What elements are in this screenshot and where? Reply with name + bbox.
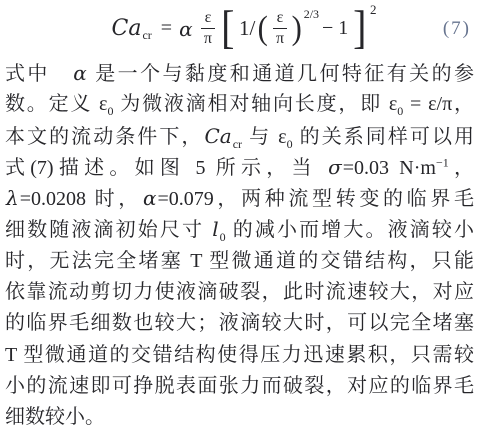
text-line: λ=0.0208 时，α=0.079，两种流型转变的临界毛 xyxy=(5,183,474,214)
open-bracket: [ xyxy=(221,5,234,52)
open-paren: ( xyxy=(258,12,268,46)
fraction-epsilon-pi-2: ε π xyxy=(273,9,288,49)
close-bracket: ] xyxy=(353,5,366,52)
text-line: 依靠流动剪切力使液滴破裂，此时流速较大，对应 xyxy=(5,277,474,308)
text-line: 本文的流动条件下，Cacr 与 ε0 的关系同样可以用 xyxy=(5,121,474,152)
text-line: 式(7)描述。如图 5 所示，当 σ=0.03 N·m−1， xyxy=(5,152,474,183)
body-paragraph: 式中 α 是一个与黏度和通道几何特征有关的参数。定义 ε0 为微液滴相对轴向长度… xyxy=(0,57,488,433)
alpha-coefficient: α xyxy=(179,17,193,41)
text-line: 小的流速即可挣脱表面张力而破裂，对应的临界毛 xyxy=(5,371,474,402)
paper-page: Ca cr = α ε π [ 1/ ( ε π ) 2/3 − 1 ] 2 (… xyxy=(0,0,488,433)
fraction-denominator: π xyxy=(276,29,284,48)
inverse-term: 1/ xyxy=(239,16,255,41)
equation-number: (7) xyxy=(443,18,471,40)
equals-sign: = xyxy=(161,17,172,40)
critical-subscript: cr xyxy=(142,28,151,43)
text-line: 细数较小。 xyxy=(5,402,474,433)
text-line: 细数随液滴初始尺寸 l0 的减小而增大。液滴较小 xyxy=(5,214,474,245)
equation-row: Ca cr = α ε π [ 1/ ( ε π ) 2/3 − 1 ] 2 (… xyxy=(0,0,488,57)
text-line: 时，无法完全堵塞 T 型微通道的交错结构，只能 xyxy=(5,246,474,277)
text-line: T 型微通道的交错结构使得压力迅速累积，只需较 xyxy=(5,340,474,371)
close-paren: ) xyxy=(292,12,302,46)
fraction-numerator: ε xyxy=(273,9,288,29)
text-line: 的临界毛细数也较大；液滴较大时，可以完全堵塞 xyxy=(5,308,474,339)
fraction-denominator: π xyxy=(204,29,212,48)
minus-one-term: − 1 xyxy=(322,17,348,40)
fraction-numerator: ε xyxy=(201,9,216,29)
two-thirds-exponent: 2/3 xyxy=(304,7,319,22)
equation-7: Ca cr = α ε π [ 1/ ( ε π ) 2/3 − 1 ] 2 xyxy=(112,5,377,52)
text-line: 数。定义 ε0 为微液滴相对轴向长度，即 ε0 = ε/π， xyxy=(5,89,474,120)
capillary-number-symbol: Ca xyxy=(112,16,142,41)
text-line: 式中 α 是一个与黏度和通道几何特征有关的参 xyxy=(5,58,474,89)
fraction-epsilon-pi: ε π xyxy=(201,9,216,49)
square-exponent: 2 xyxy=(370,2,377,18)
